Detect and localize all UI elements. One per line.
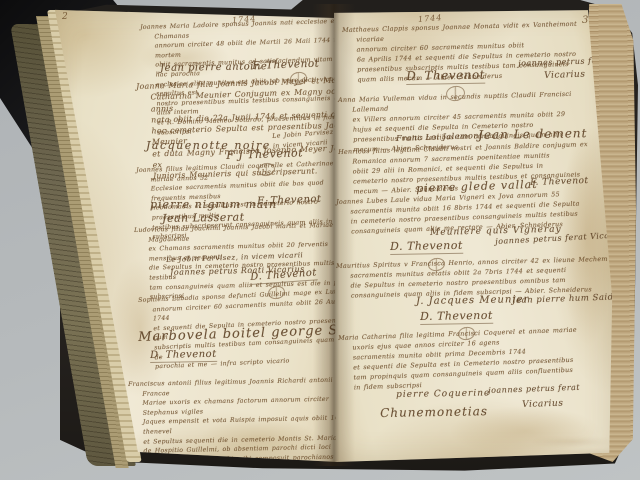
signature: Vicarius <box>544 70 586 81</box>
signature: Vicarius <box>522 399 564 410</box>
signature: Jean Le dement <box>478 126 588 142</box>
signature: Chunemonetias <box>380 404 488 420</box>
signature: Jean pierre hum Said <box>512 292 614 306</box>
signature: F. Thevenot <box>530 176 589 188</box>
photo-of-parish-register: { "photo": { "background_color": "#b5b9b… <box>0 0 640 480</box>
signature: D. Thevenot <box>406 68 485 85</box>
year-right: 1744 <box>418 13 443 24</box>
signature: D. Thevenot <box>150 349 217 363</box>
signature: D. Thevenot <box>390 239 463 255</box>
signature: F. Thevenot <box>257 194 322 207</box>
signature: pierre Coquerine <box>396 388 490 400</box>
right-page: 1744 3 Matthaeus Clappis sponsus Joannae… <box>330 6 615 462</box>
page-number-left: 2 <box>62 12 68 22</box>
signature: F. Thevenot <box>252 58 320 72</box>
signature: D. Thevenot <box>420 309 493 325</box>
signature: joannes petrus ferat <box>488 383 580 395</box>
